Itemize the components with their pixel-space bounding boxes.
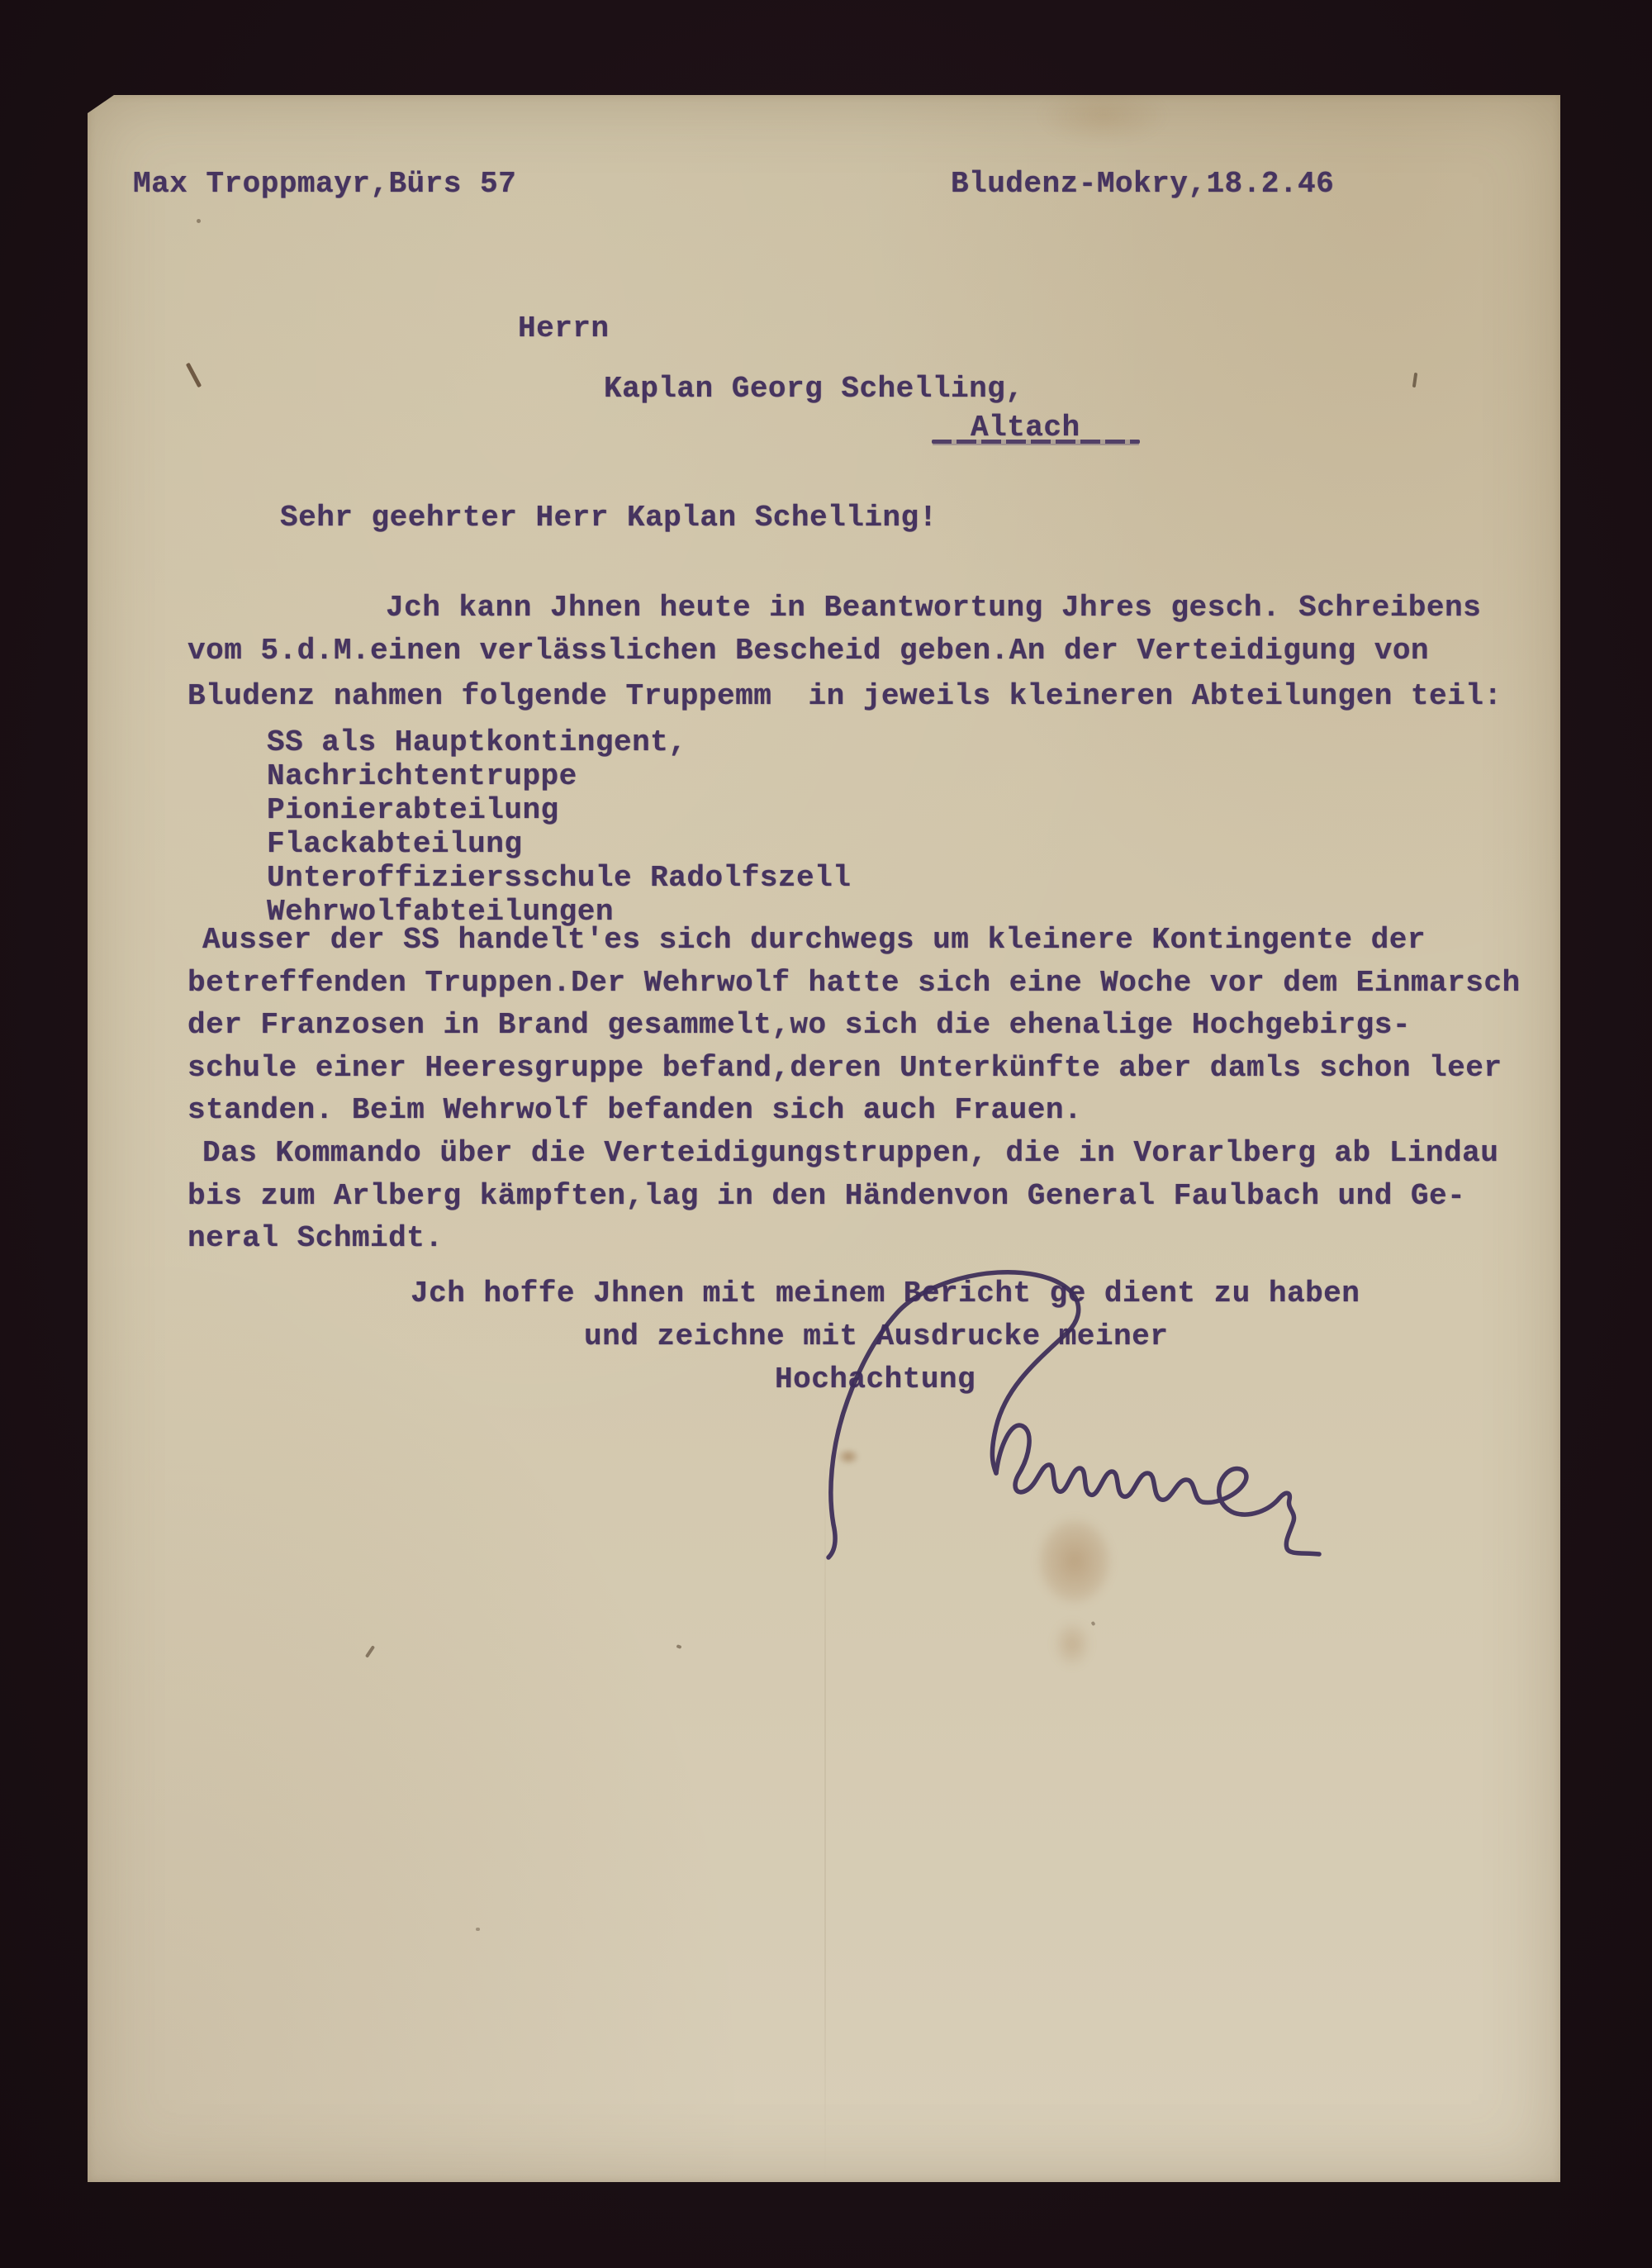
troop-list-item: Flackabteilung bbox=[267, 828, 522, 861]
troop-list-item: Nachrichtentruppe bbox=[267, 760, 577, 793]
recipient-herrn: Herrn bbox=[518, 312, 610, 345]
para3-line-3: neral Schmidt. bbox=[188, 1222, 443, 1255]
para1-line-3: Bludenz nahmen folgende Truppemm in jewe… bbox=[188, 680, 1502, 713]
paper-speck bbox=[476, 1928, 480, 1931]
para1-line-2: vom 5.d.M.einen verlässlichen Bescheid g… bbox=[188, 635, 1429, 668]
dateline: Bludenz-Mokry,18.2.46 bbox=[951, 168, 1334, 201]
stray-mark bbox=[365, 1645, 375, 1658]
para2-line-5: standen. Beim Wehrwolf befanden sich auc… bbox=[188, 1094, 1082, 1127]
ink-age-stain bbox=[838, 1448, 859, 1465]
scanned-letter-page: { "page": { "background_color": "#1c1015… bbox=[0, 0, 1652, 2268]
stray-mark bbox=[186, 363, 202, 388]
para2-line-1: Ausser der SS handelt'es sich durchwegs … bbox=[202, 924, 1426, 957]
paper-speck bbox=[1091, 1621, 1096, 1626]
closing-line-2: und zeichne mit Ausdrucke meiner bbox=[584, 1320, 1168, 1353]
ink-age-stain bbox=[1037, 1518, 1112, 1605]
para2-line-4: schule einer Heeresgruppe befand,deren U… bbox=[188, 1052, 1502, 1085]
troop-list-item: Pionierabteilung bbox=[267, 794, 559, 827]
para2-line-2: betreffenden Truppen.Der Wehrwolf hatte … bbox=[188, 967, 1521, 1000]
paper-crease bbox=[824, 1458, 826, 2182]
salutation-line: Sehr geehrter Herr Kaplan Schelling! bbox=[280, 502, 938, 535]
troop-list-item: SS als Hauptkontingent, bbox=[267, 726, 686, 759]
stray-mark bbox=[1412, 373, 1417, 388]
para3-line-2: bis zum Arlberg kämpften,lag in den Händ… bbox=[188, 1180, 1465, 1213]
paper-age-stain bbox=[1037, 87, 1170, 145]
troop-list-item: Unteroffiziersschule Radolfszell bbox=[267, 862, 851, 895]
para1-line-1: Jch kann Jhnen heute in Beantwortung Jhr… bbox=[386, 592, 1481, 625]
recipient-name: Kaplan Georg Schelling, bbox=[604, 373, 1023, 406]
paper-speck bbox=[676, 1644, 681, 1649]
para2-line-3: der Franzosen in Brand gesammelt,wo sich… bbox=[188, 1009, 1411, 1042]
paper-speck bbox=[197, 219, 201, 223]
closing-line-3: Hochachtung bbox=[775, 1363, 976, 1396]
para3-line-1: Das Kommando über die Verteidigungstrupp… bbox=[202, 1137, 1498, 1170]
place-underline bbox=[932, 440, 1140, 444]
sender-line: Max Troppmayr,Bürs 57 bbox=[133, 168, 516, 201]
closing-line-1: Jch hoffe Jhnen mit meinem Bericht ge di… bbox=[411, 1277, 1360, 1310]
letter-paper: Max Troppmayr,Bürs 57 Bludenz-Mokry,18.2… bbox=[88, 95, 1560, 2182]
ink-age-stain bbox=[1052, 1619, 1092, 1669]
